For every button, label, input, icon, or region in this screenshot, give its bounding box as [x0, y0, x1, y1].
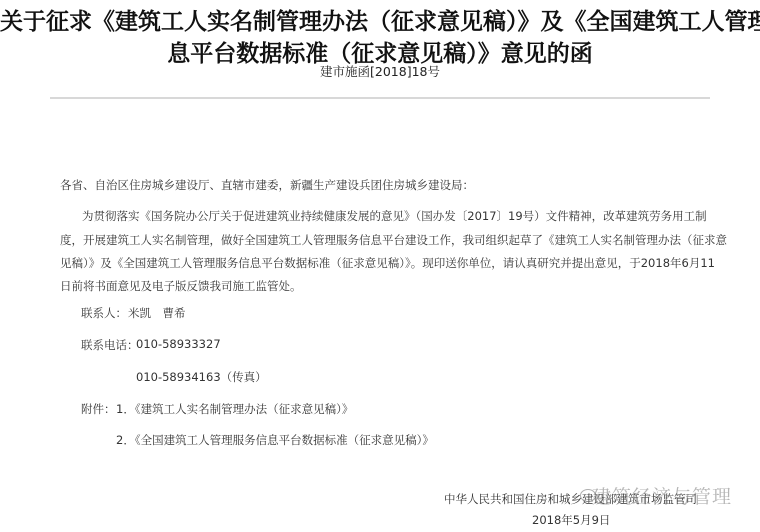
body-line-3: 见稿）》及《全国建筑工人管理服务信息平台数据标准（征求意见稿）》。现印送你单位，…: [60, 255, 715, 271]
contact-persons: 米凯 曹希: [128, 305, 186, 321]
watermark: 建筑经济与管理: [592, 482, 732, 509]
document-number: 建市施函[2018]18号: [0, 62, 760, 80]
body-line-1: 为贯彻落实《国务院办公厅关于促进建筑业持续健康发展的意见》（国办发〔2017〕1…: [82, 208, 707, 224]
contact-phone: 010-58933327: [136, 337, 221, 351]
contact-fax: 010-58934163（传真）: [136, 369, 267, 385]
contact-person-label: 联系人：: [81, 305, 127, 321]
attachments-label: 附件：: [81, 401, 116, 417]
issue-date: 2018年5月9日: [532, 512, 610, 528]
attachment-item-1: 1．《建筑工人实名制管理办法（征求意见稿）》: [116, 401, 353, 417]
contact-phone-label: 联系电话：: [81, 337, 139, 353]
body-line-4: 日前将书面意见及电子版反馈我司施工监管处。: [60, 278, 302, 294]
attachment-item-2: 2．《全国建筑工人管理服务信息平台数据标准（征求意见稿）》: [116, 432, 434, 448]
header-divider: [50, 97, 710, 99]
body-line-2: 度，开展建筑工人实名制管理，做好全国建筑工人管理服务信息平台建设工作，我司组织起…: [60, 232, 727, 248]
addressee: 各省、自治区住房城乡建设厅、直辖市建委，新疆生产建设兵团住房城乡建设局：: [60, 177, 474, 193]
document-title-line1: 关于征求《建筑工人实名制管理办法（征求意见稿）》及《全国建筑工人管理服务信: [0, 3, 760, 36]
